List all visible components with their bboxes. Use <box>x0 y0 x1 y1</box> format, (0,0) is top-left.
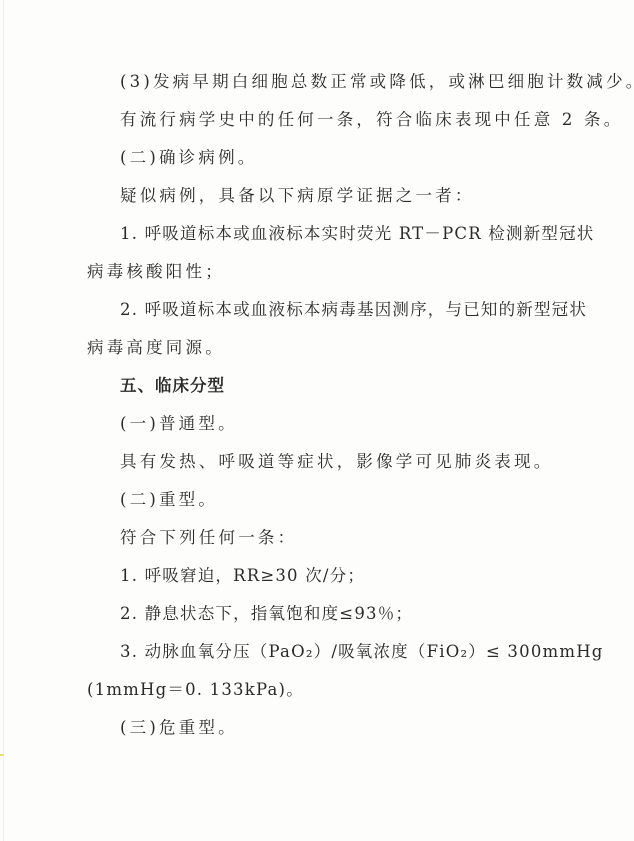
highlight-mark <box>0 754 4 756</box>
paragraph-line: 病毒核酸阳性； <box>87 262 225 282</box>
section-subheading: (二)确诊病例。 <box>120 148 257 168</box>
list-item: 1. 呼吸窘迫，RR≥30 次/分； <box>120 566 365 586</box>
list-item: 3. 动脉血氧分压（PaO₂）/吸氧浓度（FiO₂）≤ 300mmHg <box>120 642 604 662</box>
paragraph-line: 病毒高度同源。 <box>87 338 225 358</box>
paragraph-line: 疑似病例，具备以下病原学证据之一者： <box>120 186 475 206</box>
paragraph-line: 2. 呼吸道标本或血液标本病毒基因测序，与已知的新型冠状 <box>120 300 587 320</box>
section-subheading: (三)危重型。 <box>120 718 238 738</box>
paragraph-line: 具有发热、呼吸道等症状，影像学可见肺炎表现。 <box>120 452 553 472</box>
document-page: (3)发病早期白细胞总数正常或降低，或淋巴细胞计数减少。 有流行病学史中的任何一… <box>0 0 634 841</box>
section-subheading: (一)普通型。 <box>120 414 238 434</box>
list-item: 2. 静息状态下，指氧饱和度≤93％； <box>120 604 413 624</box>
section-subheading: (二)重型。 <box>120 490 218 510</box>
page-edge <box>3 0 4 841</box>
section-heading: 五、临床分型 <box>120 376 225 396</box>
paragraph-line: 有流行病学史中的任何一条，符合临床表现中任意 2 条。 <box>120 110 623 130</box>
paragraph-line: (3)发病早期白细胞总数正常或降低，或淋巴细胞计数减少。 <box>120 72 634 92</box>
paragraph-line: 1. 呼吸道标本或血液标本实时荧光 RT－PCR 检测新型冠状 <box>120 224 594 244</box>
paragraph-line: 符合下列任何一条： <box>120 528 297 548</box>
paragraph-line: (1mmHg＝0. 133kPa)。 <box>87 680 304 700</box>
